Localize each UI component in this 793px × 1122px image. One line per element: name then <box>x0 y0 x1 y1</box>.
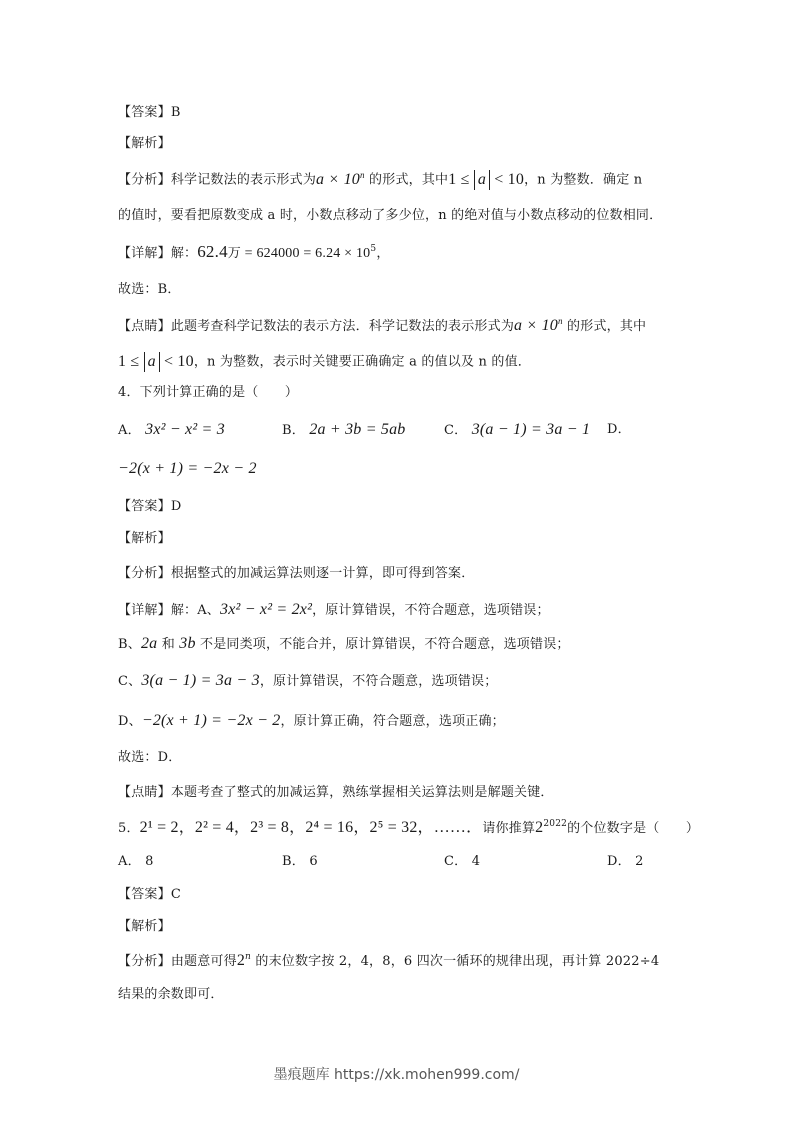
q5-fenxi-line2: 结果的余数即可． <box>118 986 224 1004</box>
text: ，原计算错误，不符合题意，选项错误； <box>260 674 498 689</box>
answer-label: 【答案】 <box>118 499 171 514</box>
option-math: −2(x + 1) = −2x − 2 <box>118 460 257 477</box>
option-math: 2a + 3b = 5ab <box>309 421 405 438</box>
abs-value: a <box>474 170 490 190</box>
math: = 624000 = 6.24 × 10 <box>241 246 370 261</box>
q3-detail-line: 【详解】解：62.4万 = 624000 = 6.24 × 105， <box>118 243 390 263</box>
q3-dianjing-line1: 【点睛】此题考查科学记数法的表示方法．科学记数法的表示形式为a × 10n 的形… <box>118 317 646 336</box>
text: 的末位数字按 2，4，8，6 四次一循环的规律出现，再计算 2022÷4 <box>251 954 659 969</box>
math-sup: 2022 <box>543 819 567 829</box>
math-expr: a × 10 <box>514 317 558 334</box>
fenxi-label: 【分析】 <box>118 954 171 969</box>
q4-detail-a: 【详解】解：A、3x² − x² = 2x²，原计算错误，不符合题意，选项错误； <box>118 601 550 620</box>
q3-analysis-heading: 【解析】 <box>118 135 171 153</box>
q4-detail-b: B、2a 和 3b 不是同类项，不能合并，原计算错误，不符合题意，选项错误； <box>118 635 570 654</box>
text: ，原计算错误，不符合题意，选项错误； <box>312 603 550 618</box>
q5-option-a: A． 8 <box>118 853 154 871</box>
text: 根据整式的加减运算法则逐一计算，即可得到答案． <box>171 566 475 581</box>
question-number: 5． <box>118 821 140 836</box>
math-expr: 1 ≤ <box>118 353 144 370</box>
math: −2(x + 1) = −2x − 2 <box>142 712 281 729</box>
text: B、 <box>118 637 141 652</box>
option-label: B． <box>282 854 305 869</box>
answer-value: C <box>171 887 181 902</box>
option-math: 3x² − x² = 3 <box>145 421 225 438</box>
dianjing-label: 【点睛】 <box>118 319 171 334</box>
text: 本题考查了整式的加减运算，熟练掌握相关运算法则是解题关键． <box>171 785 554 800</box>
q4-detail-d: D、−2(x + 1) = −2x − 2，原计算正确，符合题意，选项正确； <box>118 712 505 731</box>
math: 3x² − x² = 2x² <box>220 601 312 618</box>
text: 解：A、 <box>171 603 220 618</box>
text: 和 <box>157 637 179 652</box>
detail-label: 【详解】 <box>118 603 171 618</box>
option-math: 3(a − 1) = 3a − 1 <box>472 421 590 438</box>
q4-option-c: C． 3(a − 1) = 3a − 1 <box>444 421 590 440</box>
math: 1 ≤ a < 10 <box>448 171 524 188</box>
text: 此题考查科学记数法的表示方法．科学记数法的表示形式为 <box>171 319 514 334</box>
math-expr: < 10 <box>160 353 194 370</box>
math: a × 10n <box>316 171 365 188</box>
math-expr: < 10 <box>490 171 524 188</box>
q3-choose: 故选：B． <box>118 281 181 299</box>
answer-label: 【答案】 <box>118 887 171 902</box>
q4-option-d-math: −2(x + 1) = −2x − 2 <box>118 460 257 479</box>
abs-value: a <box>144 352 160 372</box>
q5-stem: 5．2¹ = 2，2² = 4，2³ = 8，2⁴ = 16，2⁵ = 32，…… <box>118 819 699 838</box>
math-expr: 1 ≤ <box>448 171 474 188</box>
text: 的个位数字是（ ） <box>567 821 699 836</box>
option-label: A． <box>118 854 141 869</box>
detail-label: 【详解】 <box>118 246 171 261</box>
q4-option-d: D． <box>607 421 631 439</box>
q5-analysis-heading: 【解析】 <box>118 918 171 936</box>
q4-dianjing: 【点睛】本题考查了整式的加减运算，熟练掌握相关运算法则是解题关键． <box>118 784 554 802</box>
math-expr: a × 10 <box>316 171 360 188</box>
text: ，n 为整数．确定 n <box>524 173 642 188</box>
math: a × 10n <box>514 317 563 334</box>
option-label: B． <box>282 423 305 438</box>
text: C、 <box>118 674 141 689</box>
q4-option-a: A． 3x² − x² = 3 <box>118 421 225 440</box>
q4-option-b: B． 2a + 3b = 5ab <box>282 421 406 440</box>
math: 3b <box>179 635 195 652</box>
math: 62.4 <box>197 242 228 261</box>
dianjing-label: 【点睛】 <box>118 785 171 800</box>
text: 解： <box>171 246 197 261</box>
text: 的形式，其中 <box>563 319 647 334</box>
math: 2 <box>237 952 245 969</box>
text: ，原计算正确，符合题意，选项正确； <box>280 714 504 729</box>
option-value: 2 <box>635 854 643 869</box>
fenxi-label: 【分析】 <box>118 173 171 188</box>
q4-detail-c: C、3(a − 1) = 3a − 3，原计算错误，不符合题意，选项错误； <box>118 672 497 691</box>
math: 3(a − 1) = 3a − 3 <box>141 672 259 689</box>
text: 的形式，其中 <box>365 173 449 188</box>
q5-answer-line: 【答案】C <box>118 886 181 904</box>
option-label: C． <box>444 854 467 869</box>
option-value: 4 <box>472 854 480 869</box>
q3-fenxi-line2: 的值时，要看把原数变成 a 时，小数点移动了多少位，n 的绝对值与小数点移动的位… <box>118 207 662 225</box>
text: 由题意可得 <box>171 954 237 969</box>
option-label: D． <box>607 422 631 437</box>
q3-answer-line: 【答案】B <box>118 104 181 122</box>
q5-option-c: C． 4 <box>444 853 480 871</box>
answer-value: B <box>171 105 181 120</box>
q5-option-b: B． 6 <box>282 853 318 871</box>
q5-fenxi-line1: 【分析】由题意可得2n 的末位数字按 2，4，8，6 四次一循环的规律出现，再计… <box>118 952 659 971</box>
text: 请你推算 <box>482 821 535 836</box>
option-label: C． <box>444 423 467 438</box>
option-label: D． <box>607 854 631 869</box>
fenxi-label: 【分析】 <box>118 566 171 581</box>
text: ，n 为整数，表示时关键要正确确定 a 的值以及 n 的值． <box>194 355 531 370</box>
footer-watermark: 墨痕题库 https://xk.mohen999.com/ <box>0 1064 793 1084</box>
q4-choose: 故选：D． <box>118 749 181 767</box>
text: ， <box>376 246 389 261</box>
q3-dianjing-line2: 1 ≤ a < 10，n 为整数，表示时关键要正确确定 a 的值以及 n 的值． <box>118 352 531 372</box>
text: 不是同类项，不能合并，原计算错误，不符合题意，选项错误； <box>196 637 570 652</box>
text: D、 <box>118 714 142 729</box>
q4-fenxi: 【分析】根据整式的加减运算法则逐一计算，即可得到答案． <box>118 565 474 583</box>
math: 2a <box>141 635 157 652</box>
q4-stem: 4．下列计算正确的是（ ） <box>118 384 298 402</box>
option-value: 6 <box>309 854 317 869</box>
answer-value: D <box>171 499 182 514</box>
answer-label: 【答案】 <box>118 105 171 120</box>
text: 万 <box>228 246 241 261</box>
option-value: 8 <box>145 854 153 869</box>
math: 1 ≤ a < 10 <box>118 353 194 370</box>
q4-answer-line: 【答案】D <box>118 498 181 516</box>
text: 科学记数法的表示形式为 <box>171 173 316 188</box>
q4-analysis-heading: 【解析】 <box>118 530 171 548</box>
q5-option-d: D． 2 <box>607 853 644 871</box>
q3-fenxi-line1: 【分析】科学记数法的表示形式为a × 10n 的形式，其中1 ≤ a < 10，… <box>118 170 642 190</box>
option-label: A． <box>118 423 141 438</box>
math: 2¹ = 2，2² = 4，2³ = 8，2⁴ = 16，2⁵ = 32，……． <box>140 819 483 836</box>
